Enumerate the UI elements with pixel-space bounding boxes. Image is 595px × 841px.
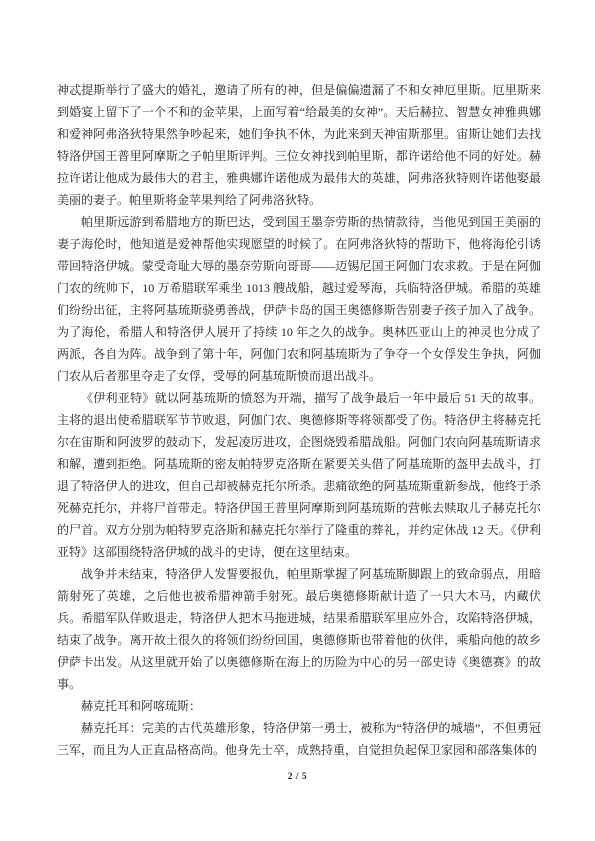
paragraph-trojan-horse-odyssey: 战争并未结束，特洛伊人发誓要报仇，帕里斯掌握了阿基琉斯脚跟上的致命弱点，用暗箭射… <box>57 563 541 695</box>
paragraph-wedding-golden-apple: 神忒提斯举行了盛大的婚礼，邀请了所有的神，但是偏偏遗漏了不和女神厄里斯。厄里斯来… <box>57 79 541 211</box>
paragraph-iliad-summary: 《伊利亚特》就以阿基琉斯的愤怒为开端，描写了战争最后一年中最后 51 天的故事。… <box>57 387 541 563</box>
document-body: 神忒提斯举行了盛大的婚礼，邀请了所有的神，但是偏偏遗漏了不和女神厄里斯。厄里斯来… <box>57 79 541 761</box>
page-footer: 2 / 5 <box>0 766 595 784</box>
document-page: 神忒提斯举行了盛大的婚礼，邀请了所有的神，但是偏偏遗漏了不和女神厄里斯。厄里斯来… <box>0 0 595 841</box>
page-number: 2 / 5 <box>288 772 307 782</box>
paragraph-paris-helen-war-begins: 帕里斯远游到希腊地方的斯巴达，受到国王墨奈劳斯的热情款待，当他见到国王美丽的妻子… <box>57 211 541 387</box>
paragraph-heading-hector-achilles: 赫克托耳和阿喀琉斯： <box>57 695 541 717</box>
paragraph-hector-description: 赫克托耳：完美的古代英雄形象，特洛伊第一勇士，被称为“特洛伊的城墙”，不但勇冠三… <box>57 717 541 761</box>
